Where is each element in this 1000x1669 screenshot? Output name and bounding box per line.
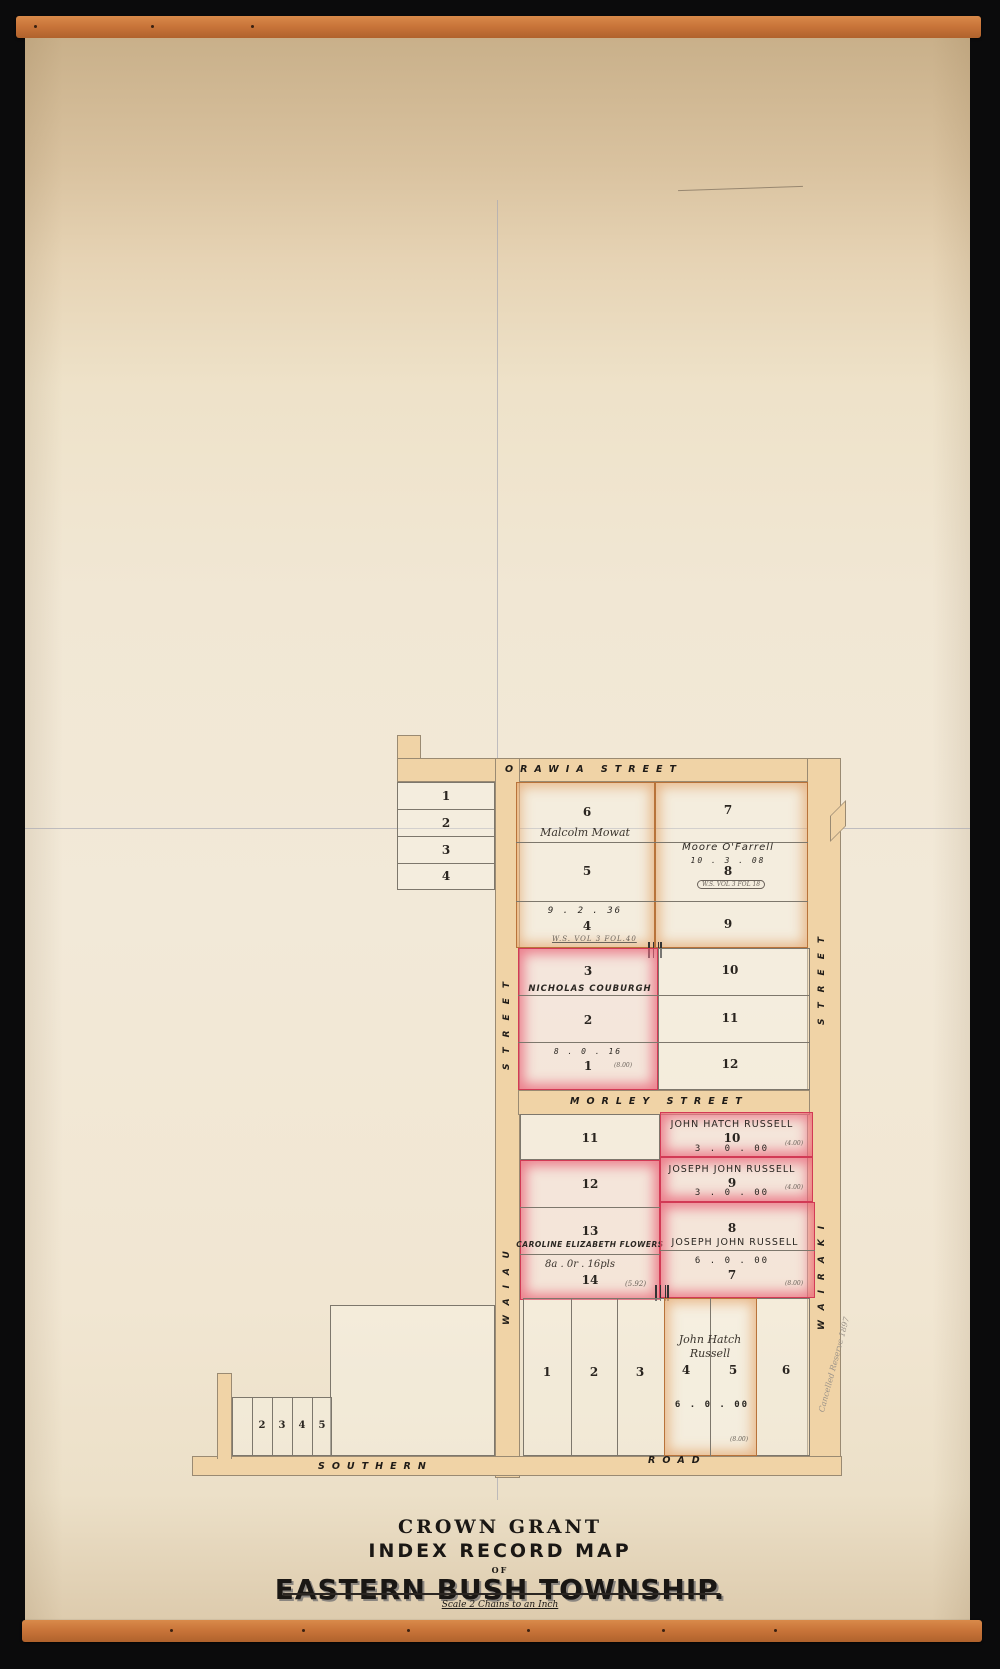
lot-number: 6 — [782, 1363, 790, 1377]
lot-line — [520, 1207, 660, 1208]
lot-number: 13 — [582, 1224, 599, 1238]
lot-area: 6 . 0 . 00 — [675, 1400, 749, 1410]
lot-line — [518, 1042, 810, 1043]
lot-number: 2 — [442, 816, 450, 830]
title-reference: W.S. VOL 3 FOL 18 — [697, 880, 765, 889]
bottom-roller — [22, 1620, 982, 1642]
area-reference: (8.00) — [614, 1062, 632, 1069]
lot-line — [397, 836, 495, 837]
nail — [302, 1629, 305, 1632]
area-reference: (8.00) — [785, 1280, 803, 1287]
lot-number: 7 — [724, 803, 732, 817]
lot-area: 3 . 0 . 00 — [695, 1188, 769, 1198]
lot-line — [516, 901, 808, 902]
owner-name: JOSEPH JOHN RUSSELL — [672, 1237, 799, 1248]
owner-name: Moore O'Farrell — [682, 842, 774, 853]
lot-number: 5 — [583, 864, 591, 878]
label-wairaki-street-upper: STREET — [817, 925, 827, 1025]
lot-number: 3 — [636, 1365, 644, 1379]
lot-number: 9 — [724, 917, 732, 931]
lot-line — [710, 1298, 711, 1456]
lot-line — [518, 995, 810, 996]
label-waiau-street-upper: STREET — [502, 940, 512, 1070]
southern-road — [192, 1456, 842, 1476]
lot-number: 3 — [584, 964, 592, 978]
owner-name: JOSEPH JOHN RUSSELL — [669, 1164, 796, 1175]
lot-line — [292, 1397, 293, 1456]
lot-line — [252, 1397, 253, 1456]
lot-number: 3 — [442, 843, 450, 857]
owner-name-line1: John Hatch — [679, 1333, 742, 1346]
owner-name: NICHOLAS COUBURGH — [528, 984, 651, 994]
lot-number: 1 — [584, 1059, 592, 1073]
area-reference: (8.00) — [730, 1436, 748, 1443]
lot-number: 4 — [682, 1363, 690, 1377]
lot-number: 2 — [584, 1013, 592, 1027]
label-waiau-street-lower: WAIAU — [502, 1195, 512, 1325]
lot-area: 9 . 2 . 36 — [548, 906, 622, 916]
lot-number: 12 — [582, 1177, 599, 1191]
nail — [151, 25, 154, 28]
owner-name: JOHN HATCH RUSSELL — [671, 1119, 794, 1130]
lot-line — [312, 1397, 313, 1456]
lot-number: 7 — [728, 1268, 736, 1282]
lot-number: 8 — [728, 1221, 736, 1235]
nail — [774, 1629, 777, 1632]
lot-number: 11 — [722, 1011, 739, 1025]
lot-number: 11 — [582, 1131, 599, 1145]
label-road: ROAD — [648, 1455, 707, 1466]
title-crown-grant: CROWN GRANT — [0, 1516, 1000, 1538]
lot-number: 3 — [279, 1420, 286, 1431]
area-reference: (5.92) — [625, 1280, 646, 1288]
owner-name: Malcolm Mowat — [540, 826, 630, 839]
nail — [527, 1629, 530, 1632]
lot-number: 5 — [729, 1363, 737, 1377]
lot-line — [272, 1397, 273, 1456]
label-wairaki-street-lower: WAIRAKI — [817, 1190, 827, 1330]
map-scale: Scale 2 Chains to an Inch — [0, 1600, 1000, 1610]
top-roller — [16, 16, 981, 38]
lot-number: 1 — [442, 789, 450, 803]
title-underline — [283, 1593, 720, 1595]
lot-number: 4 — [442, 869, 450, 883]
lot-area: 3 . 0 . 00 — [695, 1144, 769, 1154]
lot-number: 5 — [319, 1420, 326, 1431]
lot-number: 1 — [543, 1365, 551, 1379]
road-stub-southwest — [217, 1373, 232, 1459]
lot-line — [617, 1298, 618, 1456]
nail — [170, 1629, 173, 1632]
lot-number: 6 — [583, 805, 591, 819]
lot-number: 2 — [259, 1420, 266, 1431]
label-morley-street: MORLEY STREET — [570, 1096, 749, 1107]
lot-number: 8 — [724, 864, 732, 878]
title-reference: W.S. VOL 3 FOL.40 — [552, 935, 637, 943]
title-index-record-map: INDEX RECORD MAP — [0, 1540, 1000, 1562]
lot-number: 12 — [722, 1057, 739, 1071]
lot-line — [520, 1254, 660, 1255]
lot-number: 4 — [583, 919, 591, 933]
label-orawia-street: ORAWIA STREET — [505, 764, 683, 775]
label-southern: SOUTHERN — [318, 1461, 433, 1472]
lot-number: 2 — [590, 1365, 598, 1379]
lot-line — [397, 863, 495, 864]
lot-line — [660, 1250, 815, 1251]
lot-line — [571, 1298, 572, 1456]
lot-number: 4 — [299, 1420, 306, 1431]
nail — [34, 25, 37, 28]
lot-area: 6 . 0 . 00 — [695, 1256, 769, 1266]
owner-name-line2: Russell — [690, 1347, 730, 1360]
nail — [662, 1629, 665, 1632]
owner-name: CAROLINE ELIZABETH FLOWERS — [516, 1240, 663, 1249]
lot-area: 8a . 0r . 16pls — [545, 1259, 615, 1270]
nail — [407, 1629, 410, 1632]
lot-area: 8 . 0 . 16 — [554, 1047, 622, 1056]
sw-large-lot — [330, 1305, 495, 1456]
lot-number: 10 — [722, 963, 739, 977]
lot-line — [397, 809, 495, 810]
area-reference: (4.00) — [785, 1140, 803, 1147]
lot-number: 10 — [724, 1131, 741, 1145]
lot-number: 14 — [582, 1273, 599, 1287]
area-reference: (4.00) — [785, 1184, 803, 1191]
nail — [251, 25, 254, 28]
